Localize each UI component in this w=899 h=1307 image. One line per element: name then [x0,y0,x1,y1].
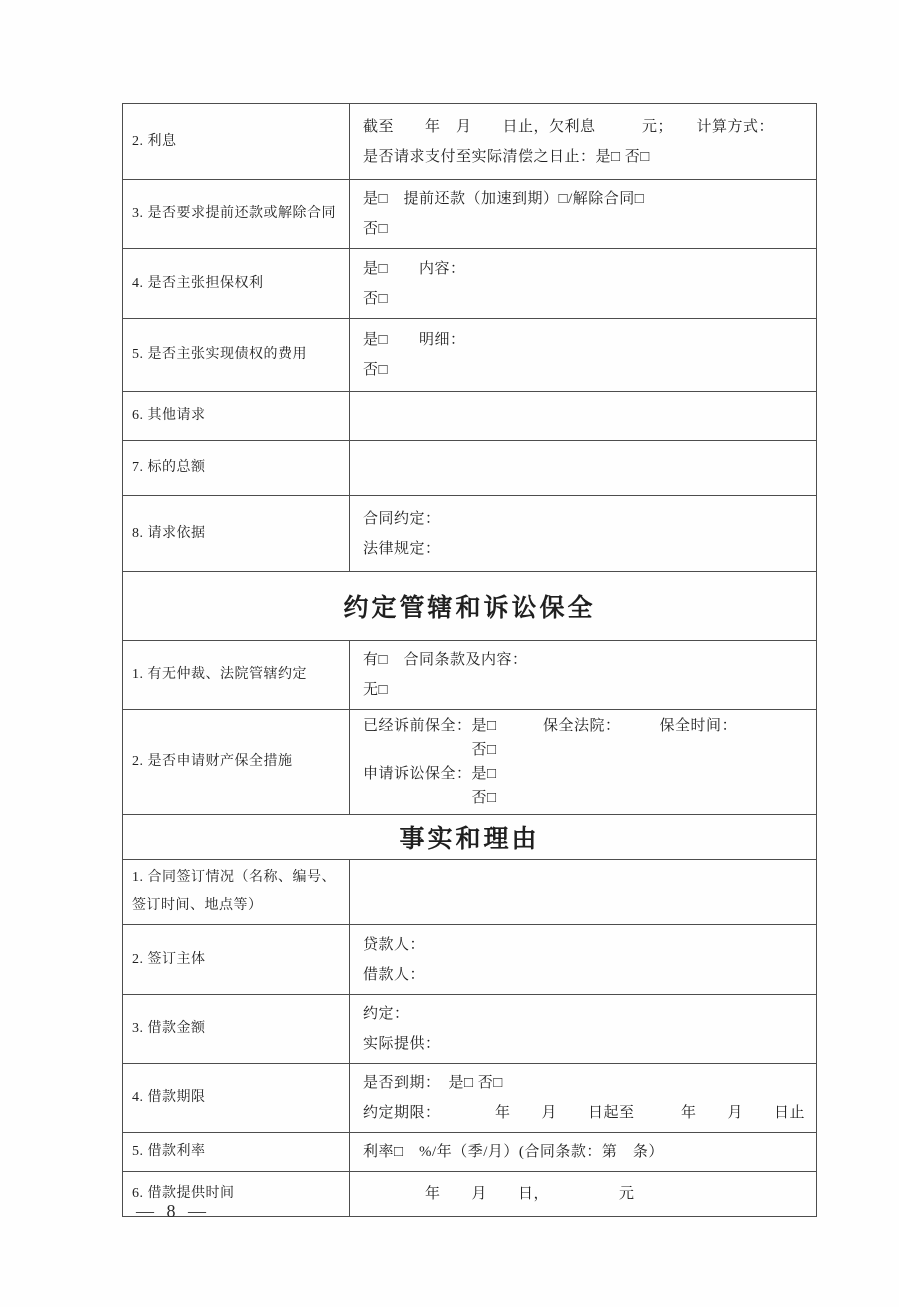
row-content: 贷款人： 借款人： [350,925,817,995]
row-label: 5. 借款利率 [123,1133,350,1172]
row-label: 8. 请求依据 [123,496,350,572]
form-line: 否□ [363,738,808,762]
row-content: 是□ 明细： 否□ [350,319,817,392]
form-line: 是否请求支付至实际清偿之日止：是□ 否□ [363,142,808,172]
row-content: 是□ 内容： 否□ [350,249,817,319]
row-content: 合同约定： 法律规定： [350,496,817,572]
form-line: 否□ [363,214,808,244]
row-content: 年 月 日， 元 [350,1172,817,1217]
row-content: 有□ 合同条款及内容： 无□ [350,641,817,710]
section-title-facts: 事实和理由 [123,815,817,860]
table-row-contract-signing: 1. 合同签订情况（名称、编号、签订时间、地点等） [123,860,817,925]
row-label: 1. 有无仲裁、法院管辖约定 [123,641,350,710]
form-line: 否□ [363,786,808,810]
row-label: 3. 是否要求提前还款或解除合同 [123,180,350,249]
section-header-row-facts: 事实和理由 [123,815,817,860]
row-content [350,441,817,496]
table-row-early-repayment: 3. 是否要求提前还款或解除合同 是□ 提前还款（加速到期）□/解除合同□ 否□ [123,180,817,249]
lawsuit-form-table: 2. 利息 截至 年 月 日止，欠利息 元； 计算方式： 是否请求支付至实际清偿… [122,103,817,1217]
row-label: 4. 借款期限 [123,1064,350,1133]
row-label: 2. 是否申请财产保全措施 [123,710,350,815]
form-line: 约定： [363,999,808,1029]
row-content: 已经诉前保全：是□ 保全法院： 保全时间： 否□ 申请诉讼保全：是□ 否□ [350,710,817,815]
section-title-jurisdiction: 约定管辖和诉讼保全 [123,572,817,641]
form-line: 是□ 提前还款（加速到期）□/解除合同□ [363,184,808,214]
row-content [350,860,817,925]
table-row-total-amount: 7. 标的总额 [123,441,817,496]
document-page: 2. 利息 截至 年 月 日止，欠利息 元； 计算方式： 是否请求支付至实际清偿… [0,0,899,1307]
form-line: 贷款人： [363,930,808,960]
form-line: 年 月 日， 元 [363,1179,808,1209]
row-content: 约定： 实际提供： [350,995,817,1064]
form-line: 实际提供： [363,1029,808,1059]
form-line: 合同约定： [363,504,808,534]
table-row-signing-parties: 2. 签订主体 贷款人： 借款人： [123,925,817,995]
table-row-debt-realization-cost: 5. 是否主张实现债权的费用 是□ 明细： 否□ [123,319,817,392]
table-row-other-claims: 6. 其他请求 [123,392,817,441]
form-line: 是□ 内容： [363,254,808,284]
row-label: 2. 利息 [123,104,350,180]
row-content: 是否到期： 是□ 否□ 约定期限： 年 月 日起至 年 月 日止 [350,1064,817,1133]
form-line: 否□ [363,355,808,385]
row-label: 2. 签订主体 [123,925,350,995]
table-row-claim-basis: 8. 请求依据 合同约定： 法律规定： [123,496,817,572]
table-row-loan-provision-time: 6. 借款提供时间 年 月 日， 元 [123,1172,817,1217]
form-line: 否□ [363,284,808,314]
row-label: 4. 是否主张担保权利 [123,249,350,319]
form-line: 有□ 合同条款及内容： [363,645,808,675]
row-content: 利率□ %/年（季/月）(合同条款：第 条） [350,1133,817,1172]
table-row-loan-amount: 3. 借款金额 约定： 实际提供： [123,995,817,1064]
table-row-loan-interest-rate: 5. 借款利率 利率□ %/年（季/月）(合同条款：第 条） [123,1133,817,1172]
table-row-arbitration-agreement: 1. 有无仲裁、法院管辖约定 有□ 合同条款及内容： 无□ [123,641,817,710]
row-label: 3. 借款金额 [123,995,350,1064]
table-row-property-preservation: 2. 是否申请财产保全措施 已经诉前保全：是□ 保全法院： 保全时间： 否□ 申… [123,710,817,815]
form-line: 法律规定： [363,534,808,564]
form-line: 借款人： [363,960,808,990]
table-row-loan-term: 4. 借款期限 是否到期： 是□ 否□ 约定期限： 年 月 日起至 年 月 日止 [123,1064,817,1133]
form-line: 是否到期： 是□ 否□ [363,1068,808,1098]
row-content: 截至 年 月 日止，欠利息 元； 计算方式： 是否请求支付至实际清偿之日止：是□… [350,104,817,180]
row-content [350,392,817,441]
form-line: 约定期限： 年 月 日起至 年 月 日止 [363,1098,808,1128]
page-number: — 8 — [136,1201,210,1222]
form-line: 利率□ %/年（季/月）(合同条款：第 条） [363,1137,808,1167]
row-label: 7. 标的总额 [123,441,350,496]
form-line: 无□ [363,675,808,705]
row-label: 5. 是否主张实现债权的费用 [123,319,350,392]
table-row-guarantee-right: 4. 是否主张担保权利 是□ 内容： 否□ [123,249,817,319]
form-line: 是□ 明细： [363,325,808,355]
form-line: 申请诉讼保全：是□ [363,762,808,786]
row-label: 1. 合同签订情况（名称、编号、签订时间、地点等） [123,860,350,925]
row-content: 是□ 提前还款（加速到期）□/解除合同□ 否□ [350,180,817,249]
section-header-row-jurisdiction: 约定管辖和诉讼保全 [123,572,817,641]
row-label: 6. 其他请求 [123,392,350,441]
table-row-interest: 2. 利息 截至 年 月 日止，欠利息 元； 计算方式： 是否请求支付至实际清偿… [123,104,817,180]
form-line: 已经诉前保全：是□ 保全法院： 保全时间： [363,714,808,738]
form-line: 截至 年 月 日止，欠利息 元； 计算方式： [363,112,808,142]
